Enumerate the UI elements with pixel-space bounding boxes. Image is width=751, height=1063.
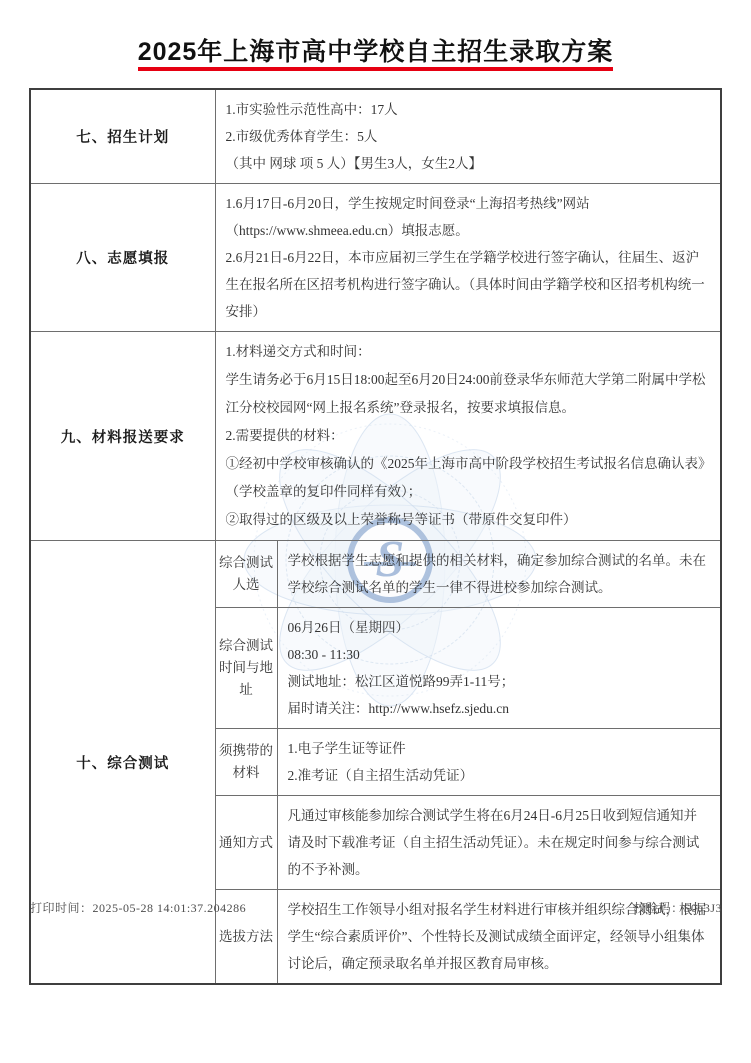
cell-text: 届时请关注：http://www.hsefz.sjedu.cn — [288, 695, 709, 722]
print-time-value: 2025-05-28 14:01:37.204286 — [93, 901, 247, 915]
subrow-label-notification: 通知方式 — [215, 796, 277, 890]
cell-bring-materials: 1.电子学生证等证件 2.准考证（自主招生活动凭证） — [277, 729, 721, 796]
cell-text: 2.6月21日-6月22日，本市应届初三学生在学籍学校进行签字确认，往届生、返沪… — [226, 244, 709, 325]
cell-text: 1.6月17日-6月20日，学生按规定时间登录“上海招考热线”网站 — [226, 190, 709, 217]
checksum-value: S0q3J3 — [684, 901, 722, 915]
checksum: 校验码：S0q3J3 — [634, 899, 722, 916]
cell-enrollment-plan: 1.市实验性示范性高中：17人 2.市级优秀体育学生：5人 （其中 网球 项 5… — [215, 89, 721, 184]
cell-text: ②取得过的区级及以上荣誉称号等证书（带原件交复印件） — [226, 506, 709, 534]
cell-text: 测试地址：松江区道悦路99弄1-11号； — [288, 668, 709, 695]
row-label-application: 八、志愿填报 — [30, 184, 215, 332]
cell-text: ①经初中学校审核确认的《2025年上海市高中阶段学校招生考试报名信息确认表》（学… — [226, 450, 709, 506]
cell-text: 2.市级优秀体育学生：5人 — [226, 123, 709, 150]
cell-text: （其中 网球 项 5 人）【男生3人，女生2人】 — [226, 150, 709, 177]
cell-text: 凡通过审核能参加综合测试学生将在6月24日-6月25日收到短信通知并请及时下载准… — [288, 802, 709, 883]
cell-text: 学生请务必于6月15日18:00起至6月20日24:00前登录华东师范大学第二附… — [226, 366, 709, 422]
cell-text: 1.市实验性示范性高中：17人 — [226, 96, 709, 123]
subrow-label-bring-materials: 须携带的材料 — [215, 729, 277, 796]
table-row: 九、材料报送要求 1.材料递交方式和时间： 学生请务必于6月15日18:00起至… — [30, 332, 721, 541]
cell-candidates: 学校根据学生志愿和提供的相关材料，确定参加综合测试的名单。未在学校综合测试名单的… — [277, 541, 721, 608]
cell-materials: 1.材料递交方式和时间： 学生请务必于6月15日18:00起至6月20日24:0… — [215, 332, 721, 541]
cell-text: 06月26日（星期四） — [288, 614, 709, 641]
row-label-materials: 九、材料报送要求 — [30, 332, 215, 541]
subrow-label-candidates: 综合测试人选 — [215, 541, 277, 608]
checksum-label: 校验码： — [634, 901, 684, 915]
table-row: 八、志愿填报 1.6月17日-6月20日，学生按规定时间登录“上海招考热线”网站… — [30, 184, 721, 332]
cell-text: 1.电子学生证等证件 — [288, 735, 709, 762]
row-label-comprehensive-test: 十、综合测试 — [30, 541, 215, 985]
document-page: S 2025年上海市高中学校自主招生录取方案 七、招生计划 1.市实验性示范性高… — [0, 0, 751, 1063]
page-title: 2025年上海市高中学校自主招生录取方案 — [138, 38, 614, 71]
cell-text: （https://www.shmeea.edu.cn）填报志愿。 — [226, 217, 709, 244]
admission-plan-table: 七、招生计划 1.市实验性示范性高中：17人 2.市级优秀体育学生：5人 （其中… — [29, 88, 722, 985]
cell-notification: 凡通过审核能参加综合测试学生将在6月24日-6月25日收到短信通知并请及时下载准… — [277, 796, 721, 890]
table-row: 七、招生计划 1.市实验性示范性高中：17人 2.市级优秀体育学生：5人 （其中… — [30, 89, 721, 184]
title-area: 2025年上海市高中学校自主招生录取方案 — [0, 38, 751, 71]
cell-application: 1.6月17日-6月20日，学生按规定时间登录“上海招考热线”网站 （https… — [215, 184, 721, 332]
cell-text: 1.材料递交方式和时间： — [226, 338, 709, 366]
print-time: 打印时间：2025-05-28 14:01:37.204286 — [30, 899, 246, 916]
row-label-enrollment-plan: 七、招生计划 — [30, 89, 215, 184]
table-row: 十、综合测试 综合测试人选 学校根据学生志愿和提供的相关材料，确定参加综合测试的… — [30, 541, 721, 608]
cell-text: 2.准考证（自主招生活动凭证） — [288, 762, 709, 789]
cell-time-place: 06月26日（星期四） 08:30 - 11:30 测试地址：松江区道悦路99弄… — [277, 608, 721, 729]
subrow-label-time-place: 综合测试时间与地址 — [215, 608, 277, 729]
cell-text: 2.需要提供的材料： — [226, 422, 709, 450]
print-time-label: 打印时间： — [30, 901, 93, 915]
cell-text: 学校根据学生志愿和提供的相关材料，确定参加综合测试的名单。未在学校综合测试名单的… — [288, 547, 709, 601]
cell-text: 08:30 - 11:30 — [288, 641, 709, 668]
